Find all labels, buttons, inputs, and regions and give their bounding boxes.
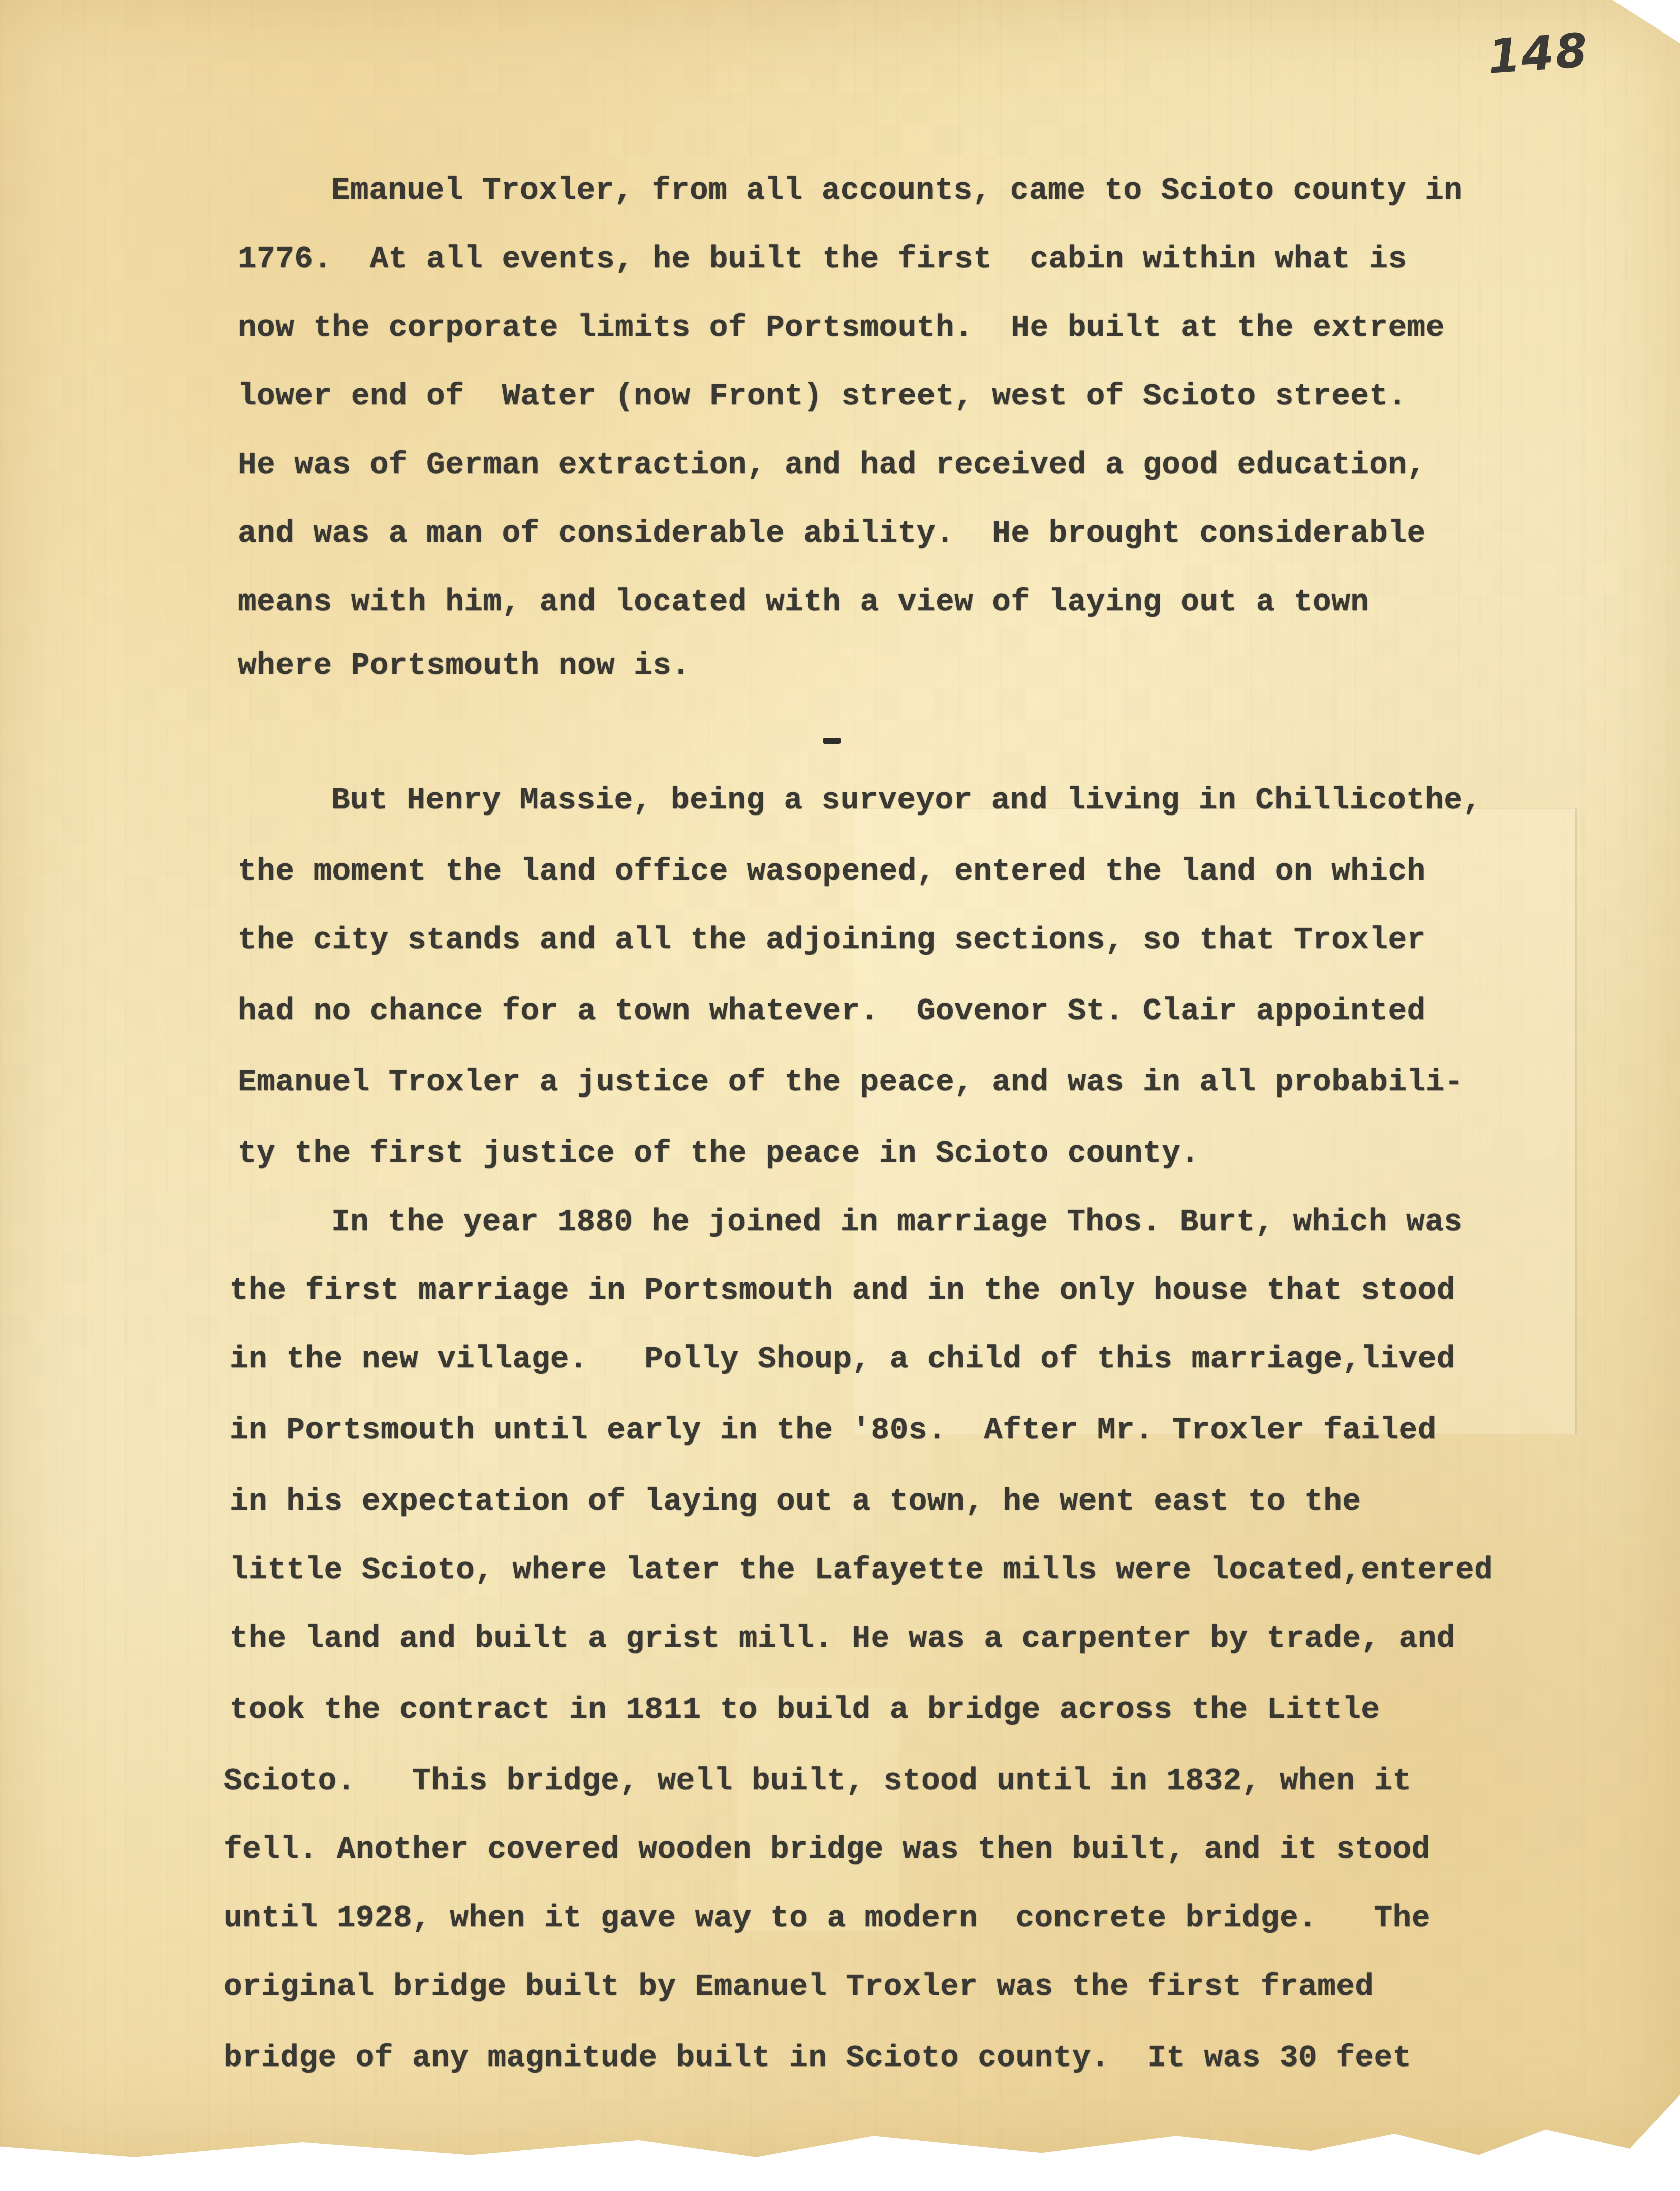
text-line: the city stands and all the adjoining se… bbox=[238, 925, 1426, 956]
text-line: the land and built a grist mill. He was … bbox=[230, 1623, 1455, 1654]
text-line: had no chance for a town whatever. Goven… bbox=[238, 996, 1426, 1027]
text-line: the moment the land office wasopened, en… bbox=[238, 856, 1426, 887]
text-line: until 1928, when it gave way to a modern… bbox=[224, 1903, 1430, 1934]
text-line: ty the first justice of the peace in Sci… bbox=[238, 1138, 1199, 1169]
text-line: in his expectation of laying out a town,… bbox=[230, 1486, 1361, 1517]
text-line: bridge of any magnitude built in Scioto … bbox=[224, 2043, 1412, 2074]
text-line: in Portsmouth until early in the '80s. A… bbox=[230, 1415, 1437, 1446]
text-line: original bridge built by Emanuel Troxler… bbox=[224, 1971, 1374, 2002]
text-line: the first marriage in Portsmouth and in … bbox=[230, 1275, 1455, 1306]
text-line: Emanuel Troxler, from all accounts, came… bbox=[331, 175, 1463, 206]
page-number: 148 bbox=[1486, 23, 1591, 84]
text-line: and was a man of considerable ability. H… bbox=[238, 518, 1426, 549]
text-line: in the new village. Polly Shoup, a child… bbox=[230, 1344, 1455, 1375]
text-line: where Portsmouth now is. bbox=[238, 650, 691, 681]
text-line: little Scioto, where later the Lafayette… bbox=[230, 1555, 1493, 1586]
section-separator-dash bbox=[823, 738, 841, 744]
text-line: Emanuel Troxler a justice of the peace, … bbox=[238, 1067, 1464, 1098]
text-line: But Henry Massie, being a surveyor and l… bbox=[331, 785, 1481, 816]
text-line: fell. Another covered wooden bridge was … bbox=[224, 1834, 1430, 1865]
text-line: means with him, and located with a view … bbox=[238, 587, 1369, 618]
paper-overlay-fragment bbox=[854, 808, 1577, 1434]
text-line: lower end of Water (now Front) street, w… bbox=[238, 381, 1407, 412]
text-line: took the contract in 1811 to build a bri… bbox=[230, 1695, 1380, 1726]
text-line: In the year 1880 he joined in marriage T… bbox=[331, 1207, 1463, 1238]
text-line: now the corporate limits of Portsmouth. … bbox=[238, 312, 1445, 343]
text-line: Scioto. This bridge, well built, stood u… bbox=[224, 1766, 1412, 1797]
text-line: He was of German extraction, and had rec… bbox=[238, 450, 1426, 481]
text-line: 1776. At all events, he built the first … bbox=[238, 244, 1407, 275]
